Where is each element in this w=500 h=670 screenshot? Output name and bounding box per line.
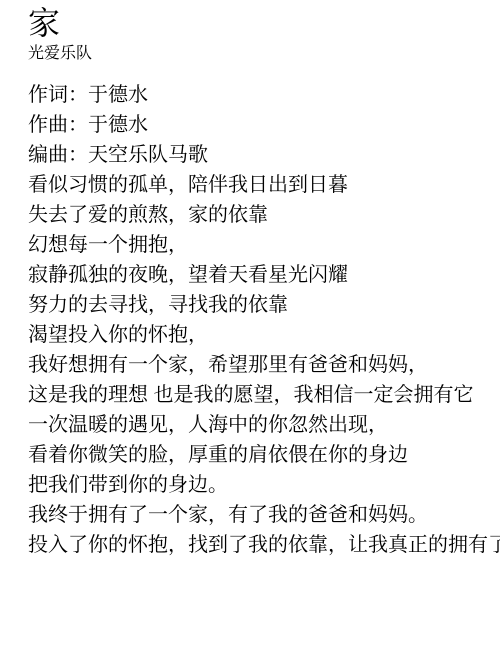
lyric-line: 幻想每一个拥抱， xyxy=(28,230,500,260)
lyric-line: 把我们带到你的身边。 xyxy=(28,470,500,500)
song-title: 家 xyxy=(28,4,500,42)
lyric-line: 失去了爱的煎熬，家的依靠 xyxy=(28,200,500,230)
lyric-line: 一次温暖的遇见，人海中的你忽然出现， xyxy=(28,410,500,440)
credit-line-lyricist: 作词：于德水 xyxy=(28,80,500,110)
lyric-line: 看似习惯的孤单，陪伴我日出到日暮 xyxy=(28,170,500,200)
credit-line-arranger: 编曲：天空乐队马歌 xyxy=(28,140,500,170)
lyric-line: 投入了你的怀抱，找到了我的依靠，让我真正的拥有了 xyxy=(28,530,500,560)
credit-line-composer: 作曲：于德水 xyxy=(28,110,500,140)
lyric-line: 我终于拥有了一个家，有了我的爸爸和妈妈。 xyxy=(28,500,500,530)
lyric-line: 渴望投入你的怀抱， xyxy=(28,320,500,350)
lyrics-block: 作词：于德水 作曲：于德水 编曲：天空乐队马歌 看似习惯的孤单，陪伴我日出到日暮… xyxy=(28,80,500,560)
lyric-line: 我好想拥有一个家，希望那里有爸爸和妈妈， xyxy=(28,350,500,380)
lyric-line: 努力的去寻找，寻找我的依靠 xyxy=(28,290,500,320)
lyric-line: 寂静孤独的夜晚，望着天看星光闪耀 xyxy=(28,260,500,290)
lyric-line: 这是我的理想 也是我的愿望，我相信一定会拥有它 xyxy=(28,380,500,410)
lyrics-page: 家 光爱乐队 作词：于德水 作曲：于德水 编曲：天空乐队马歌 看似习惯的孤单，陪… xyxy=(0,0,500,560)
artist-name: 光爱乐队 xyxy=(28,42,500,66)
lyric-line: 看着你微笑的脸，厚重的肩依偎在你的身边 xyxy=(28,440,500,470)
